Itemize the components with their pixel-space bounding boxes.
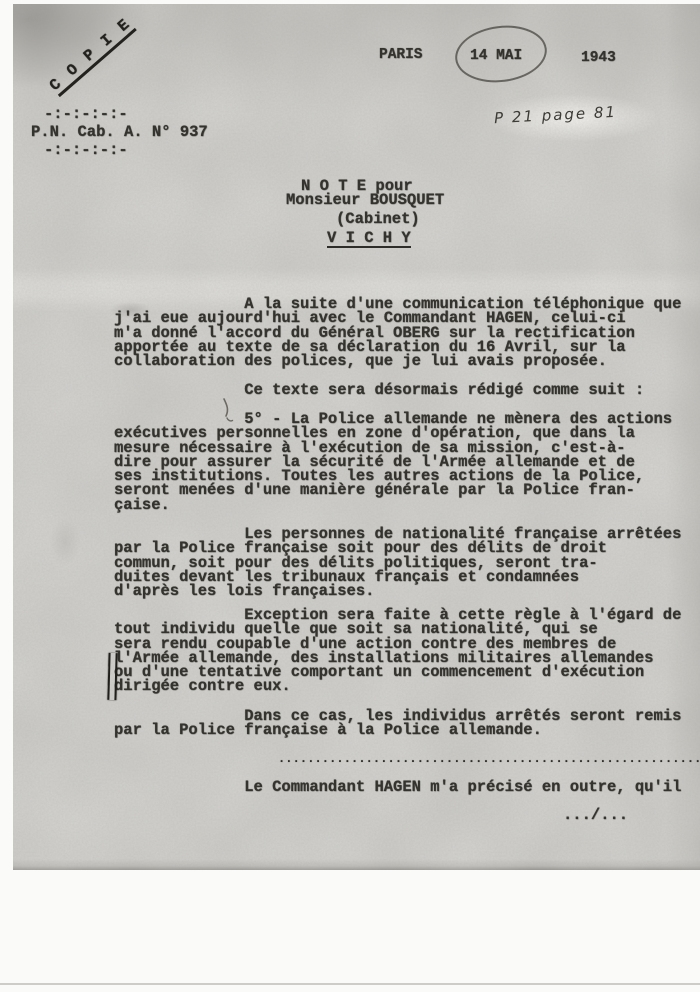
- paragraph-5: Exception sera faite à cette règle à l'é…: [114, 608, 681, 694]
- pencil-tick-mark: [219, 397, 237, 425]
- paragraph-3: 5° - La Police allemande ne mènera des a…: [114, 412, 672, 512]
- year-label: 1943: [581, 51, 616, 65]
- continuation-mark: .../...: [563, 808, 628, 822]
- closing-line: Le Commandant HAGEN m'a précisé en outre…: [114, 780, 681, 794]
- place-line: V I C H Y: [327, 231, 411, 248]
- dotted-separator: ........................................…: [278, 752, 700, 766]
- paragraph-2: Ce texte sera désormais rédigé comme sui…: [114, 383, 644, 397]
- city-label: PARIS: [379, 48, 423, 62]
- reference-number: P.N. Cab. A. N° 937: [31, 125, 208, 139]
- scan-bottom-edge-line: [0, 983, 700, 985]
- margin-emphasis-mark: [107, 653, 117, 700]
- separator-bottom: -:-:-:-:-: [44, 143, 128, 157]
- paragraph-1: A la suite d'une communication téléphoni…: [114, 297, 681, 368]
- cabinet-line: (Cabinet): [336, 212, 420, 226]
- paragraph-6: Dans ce cas, les individus arrêtés seron…: [114, 709, 681, 738]
- recipient-line: Monsieur BOUSQUET: [286, 193, 444, 207]
- paragraph-4: Les personnes de nationalité française a…: [114, 527, 681, 598]
- separator-top: -:-:-:-:-: [44, 107, 128, 121]
- date-stamp: 14 MAI: [470, 49, 522, 63]
